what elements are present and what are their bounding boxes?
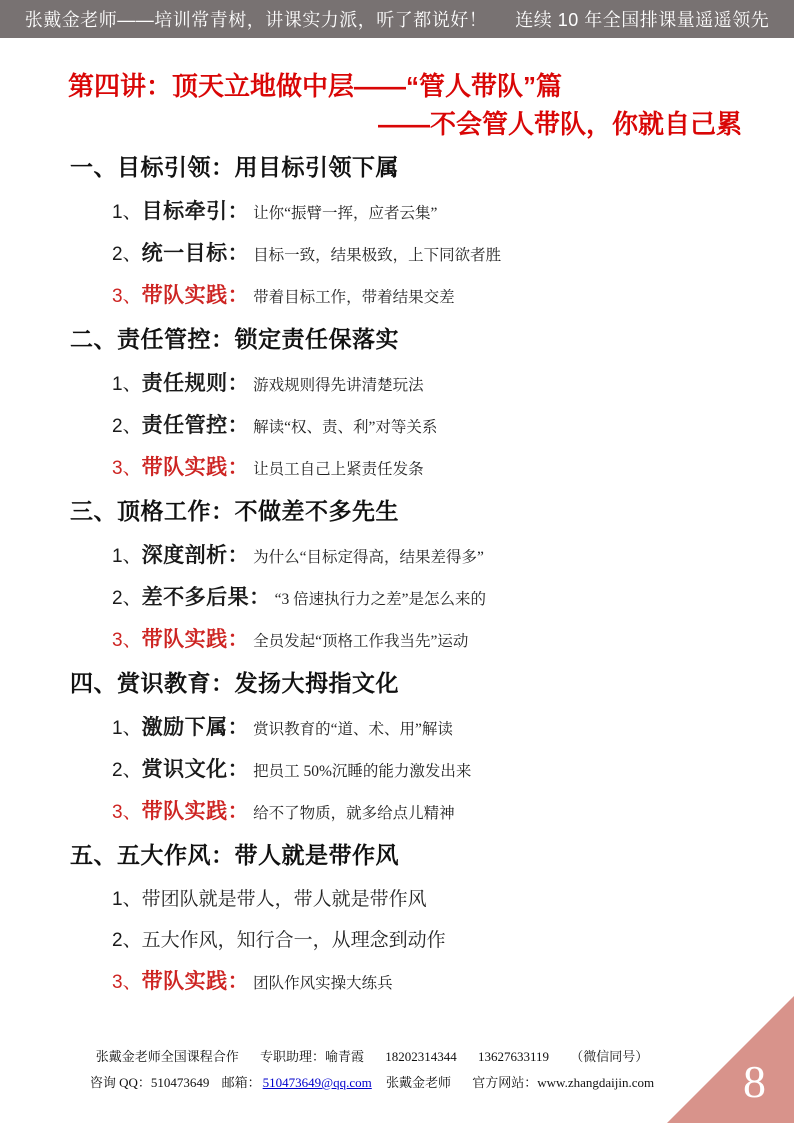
item-number: 1、 xyxy=(112,889,142,910)
email-link[interactable]: 510473649@qq.com xyxy=(263,1075,372,1090)
section-2: 二、责任管控：锁定责任保落实 1、责任规则：游戏规则得先讲清楚玩法 2、责任管控… xyxy=(0,326,794,482)
section-5-heading: 五、五大作风：带人就是带作风 xyxy=(70,842,794,868)
section-4-heading: 四、赏识教育：发扬大拇指文化 xyxy=(70,670,794,696)
item-description: 目标一致，结果极致，上下同欲者胜 xyxy=(253,247,501,264)
item-label: 差不多后果： xyxy=(142,586,271,609)
item-number: 3、 xyxy=(112,286,142,307)
item-number: 2、 xyxy=(112,588,142,609)
footer-line-1: 张戴金老师全国课程合作 专职助理：喻青霞 18202314344 1362763… xyxy=(52,1044,692,1070)
page-title: 第四讲：顶天立地做中层——“管人带队”篇 xyxy=(68,70,794,102)
footer-email-label: 邮箱： xyxy=(222,1075,261,1090)
footer-contact: 张戴金老师全国课程合作 专职助理：喻青霞 18202314344 1362763… xyxy=(52,1044,692,1096)
item-label: 统一目标： xyxy=(142,242,250,265)
footer-qq: 咨询 QQ：510473649 xyxy=(90,1075,210,1090)
footer-phone-2: 13627633119 xyxy=(478,1049,549,1064)
footer-teacher-name: 张戴金老师 xyxy=(386,1075,451,1090)
section-3: 三、顶格工作：不做差不多先生 1、深度剖析：为什么“目标定得高，结果差得多” 2… xyxy=(0,498,794,654)
section-1: 一、目标引领：用目标引领下属 1、目标牵引：让你“振臂一挥，应者云集” 2、统一… xyxy=(0,154,794,310)
item-label: 目标牵引： xyxy=(142,200,250,223)
outline-item: 1、责任规则：游戏规则得先讲清楚玩法 xyxy=(112,372,794,398)
item-label: 责任管控： xyxy=(142,414,250,437)
page-number: 8 xyxy=(743,1059,766,1105)
item-number: 1、 xyxy=(112,718,142,739)
section-3-heading: 三、顶格工作：不做差不多先生 xyxy=(70,498,794,524)
section-4: 四、赏识教育：发扬大拇指文化 1、激励下属：赏识教育的“道、术、用”解读 2、赏… xyxy=(0,670,794,826)
outline-item: 2、统一目标：目标一致，结果极致，上下同欲者胜 xyxy=(112,242,794,268)
item-number: 2、 xyxy=(112,930,142,951)
item-text: 五大作风，知行合一，从理念到动作 xyxy=(142,930,446,951)
header-slogan-right: 连续 10 年全国排课量遥遥领先 xyxy=(515,6,769,32)
item-label: 深度剖析： xyxy=(142,544,250,567)
page-subtitle: ——不会管人带队，你就自己累 xyxy=(378,108,794,140)
item-description: 让员工自己上紧责任发条 xyxy=(253,461,424,478)
footer-line-2: 咨询 QQ：510473649 邮箱：510473649@qq.com 张戴金老… xyxy=(52,1070,692,1096)
section-1-heading: 一、目标引领：用目标引领下属 xyxy=(70,154,794,180)
item-label: 带队实践： xyxy=(142,970,250,993)
section-5: 五、五大作风：带人就是带作风 1、带团队就是带人，带人就是带作风 2、五大作风，… xyxy=(0,842,794,996)
footer-website: 官方网站：www.zhangdaijin.com xyxy=(472,1075,654,1090)
item-description: 把员工 50%沉睡的能力激发出来 xyxy=(253,763,471,780)
outline-item: 2、赏识文化：把员工 50%沉睡的能力激发出来 xyxy=(112,758,794,784)
item-label: 带队实践： xyxy=(142,284,250,307)
item-number: 2、 xyxy=(112,244,142,265)
outline-item: 1、目标牵引：让你“振臂一挥，应者云集” xyxy=(112,200,794,226)
item-description: 解读“权、责、利”对等关系 xyxy=(253,419,437,436)
outline-item-practice: 3、带队实践：让员工自己上紧责任发条 xyxy=(112,456,794,482)
item-description: 全员发起“顶格工作我当先”运动 xyxy=(253,633,468,650)
item-number: 1、 xyxy=(112,202,142,223)
item-label: 带队实践： xyxy=(142,800,250,823)
footer-phone-1: 18202314344 xyxy=(385,1049,457,1064)
item-number: 2、 xyxy=(112,760,142,781)
header-slogan-left: 张戴金老师——培训常青树，讲课实力派，听了都说好！ xyxy=(25,6,488,32)
item-description: 让你“振臂一挥，应者云集” xyxy=(253,205,437,222)
item-description: 赏识教育的“道、术、用”解读 xyxy=(253,721,453,738)
item-number: 3、 xyxy=(112,458,142,479)
outline-item-practice: 3、带队实践：团队作风实操大练兵 xyxy=(112,970,794,996)
item-description: “3 倍速执行力之差”是怎么来的 xyxy=(275,591,486,608)
item-label: 带队实践： xyxy=(142,456,250,479)
section-2-heading: 二、责任管控：锁定责任保落实 xyxy=(70,326,794,352)
item-text: 带团队就是带人，带人就是带作风 xyxy=(142,889,427,910)
item-label: 赏识文化： xyxy=(142,758,250,781)
item-label: 激励下属： xyxy=(142,716,250,739)
item-number: 1、 xyxy=(112,546,142,567)
outline-item-practice: 3、带队实践：给不了物质，就多给点儿精神 xyxy=(112,800,794,826)
item-number: 3、 xyxy=(112,630,142,651)
item-description: 团队作风实操大练兵 xyxy=(253,975,393,992)
outline-item: 1、激励下属：赏识教育的“道、术、用”解读 xyxy=(112,716,794,742)
outline-item: 1、带团队就是带人，带人就是带作风 xyxy=(112,888,794,913)
item-description: 为什么“目标定得高，结果差得多” xyxy=(253,549,484,566)
item-number: 3、 xyxy=(112,972,142,993)
outline-item: 2、责任管控：解读“权、责、利”对等关系 xyxy=(112,414,794,440)
outline-item-practice: 3、带队实践：带着目标工作，带着结果交差 xyxy=(112,284,794,310)
item-number: 1、 xyxy=(112,374,142,395)
footer-assistant: 专职助理：喻青霞 xyxy=(260,1049,364,1064)
outline-item: 2、差不多后果：“3 倍速执行力之差”是怎么来的 xyxy=(112,586,794,612)
footer-wechat-note: （微信同号） xyxy=(570,1049,648,1064)
item-label: 责任规则： xyxy=(142,372,250,395)
item-description: 游戏规则得先讲清楚玩法 xyxy=(253,377,424,394)
outline-item-practice: 3、带队实践：全员发起“顶格工作我当先”运动 xyxy=(112,628,794,654)
item-description: 给不了物质，就多给点儿精神 xyxy=(253,805,455,822)
footer-coop: 张戴金老师全国课程合作 xyxy=(96,1049,239,1064)
header-banner: 张戴金老师——培训常青树，讲课实力派，听了都说好！ 连续 10 年全国排课量遥遥… xyxy=(0,0,794,38)
outline-item: 1、深度剖析：为什么“目标定得高，结果差得多” xyxy=(112,544,794,570)
item-label: 带队实践： xyxy=(142,628,250,651)
outline-item: 2、五大作风，知行合一，从理念到动作 xyxy=(112,929,794,954)
item-number: 3、 xyxy=(112,802,142,823)
item-number: 2、 xyxy=(112,416,142,437)
item-description: 带着目标工作，带着结果交差 xyxy=(253,289,455,306)
